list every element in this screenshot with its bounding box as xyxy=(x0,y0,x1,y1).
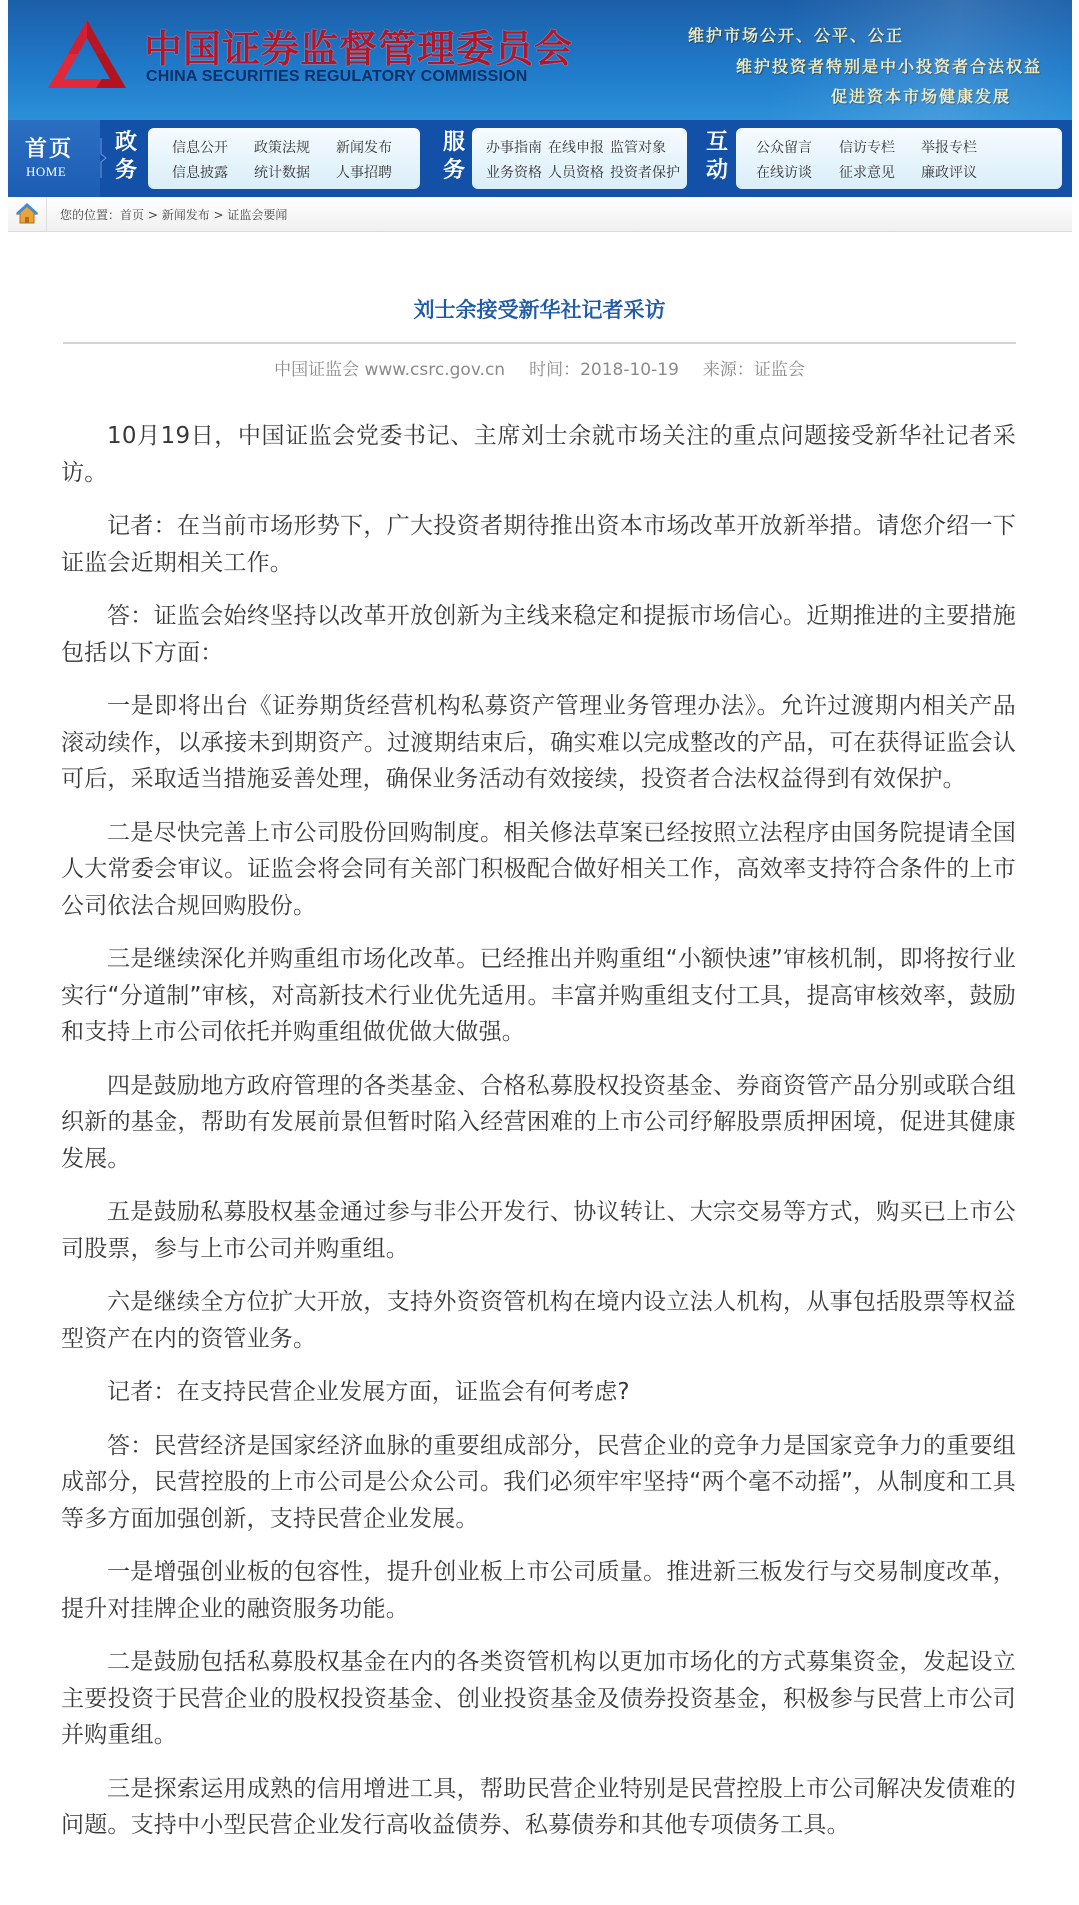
section-char-top: 互 xyxy=(702,128,732,156)
nav-link-online-interview[interactable]: 在线访谈 xyxy=(756,162,812,182)
breadcrumb-separator: > xyxy=(144,208,162,222)
nav-link-news[interactable]: 新闻发布 xyxy=(336,137,392,157)
nav-link-info-public[interactable]: 信息公开 xyxy=(172,137,228,157)
slogan-3: 促进资本市场健康发展 xyxy=(831,84,1011,107)
breadcrumb-trail: 您的位置：首页 > 新闻发布 > 证监会要闻 xyxy=(60,206,287,223)
section-char-bottom: 务 xyxy=(111,156,141,184)
paragraph: 记者：在当前市场形势下，广大投资者期待推出资本市场改革开放新举措。请您介绍一下证… xyxy=(61,508,1016,581)
paragraph: 三是探索运用成熟的信用增进工具，帮助民营企业特别是民营控股上市公司解决发债难的问… xyxy=(61,1771,1016,1844)
nav-home-button[interactable]: 首页 HOME xyxy=(8,120,100,197)
paragraph: 10月19日，中国证监会党委书记、主席刘士余就市场关注的重点问题接受新华社记者采… xyxy=(61,418,1016,491)
nav-section-label-interaction: 互 动 xyxy=(702,128,732,184)
nav-link-regulated-entities[interactable]: 监管对象 xyxy=(610,137,666,157)
breadcrumb-prefix: 您的位置： xyxy=(60,208,120,222)
meta-time: 时间：2018-10-19 xyxy=(529,360,679,380)
breadcrumb: 您的位置：首页 > 新闻发布 > 证监会要闻 xyxy=(8,197,1072,232)
nav-link-investor-protection[interactable]: 投资者保护 xyxy=(610,162,680,182)
section-char-top: 政 xyxy=(111,128,141,156)
breadcrumb-home-button[interactable] xyxy=(8,197,47,231)
home-icon xyxy=(8,197,46,231)
paragraph: 五是鼓励私募股权基金通过参与非公开发行、协议转让、大宗交易等方式，购买已上市公司… xyxy=(61,1194,1016,1267)
article-title: 刘士余接受新华社记者采访 xyxy=(0,294,1079,324)
home-label-cn: 首页 xyxy=(25,132,73,163)
paragraph: 一是即将出台《证券期货经营机构私募资产管理业务管理办法》。允许过渡期内相关产品滚… xyxy=(61,688,1016,798)
article-body: 10月19日，中国证监会党委书记、主席刘士余就市场关注的重点问题接受新华社记者采… xyxy=(61,418,1016,1861)
nav-link-solicit-opinions[interactable]: 征求意见 xyxy=(839,162,895,182)
meta-source: 来源：证监会 xyxy=(703,360,805,380)
slogan-1: 维护市场公开、公平、公正 xyxy=(688,23,904,46)
site-banner: 中国证券监督管理委员会 CHINA SECURITIES REGULATORY … xyxy=(8,0,1072,120)
title-divider xyxy=(63,342,1016,344)
paragraph: 一是增强创业板的包容性，提升创业板上市公司质量。推进新三板发行与交易制度改革，提… xyxy=(61,1554,1016,1627)
nav-section-label-service: 服 务 xyxy=(439,128,469,184)
csrc-logo-icon xyxy=(46,18,128,96)
breadcrumb-item-news[interactable]: 新闻发布 xyxy=(162,208,210,222)
breadcrumb-item-csrc-news[interactable]: 证监会要闻 xyxy=(227,208,287,222)
meta-site: 中国证监会 www.csrc.gov.cn xyxy=(274,360,505,380)
nav-link-report[interactable]: 举报专栏 xyxy=(921,137,977,157)
nav-link-integrity-review[interactable]: 廉政评议 xyxy=(921,162,977,182)
slogan-2: 维护投资者特别是中小投资者合法权益 xyxy=(736,54,1042,77)
article-meta: 中国证监会 www.csrc.gov.cn时间：2018-10-19来源：证监会 xyxy=(0,355,1079,380)
nav-link-online-filing[interactable]: 在线申报 xyxy=(548,137,604,157)
nav-box-interaction: 公众留言 信访专栏 举报专栏 在线访谈 征求意见 廉政评议 xyxy=(736,128,1062,189)
org-name-cn: 中国证券监督管理委员会 xyxy=(144,18,573,73)
nav-link-policies[interactable]: 政策法规 xyxy=(254,137,310,157)
nav-box-service: 办事指南 在线申报 监管对象 业务资格 人员资格 投资者保护 xyxy=(472,128,687,189)
chevron-right-icon xyxy=(100,138,108,178)
nav-link-recruitment[interactable]: 人事招聘 xyxy=(336,162,392,182)
home-label-en: HOME xyxy=(26,164,66,180)
main-nav: 首页 HOME 政 务 信息公开 政策法规 新闻发布 信息披露 统计数据 人事招… xyxy=(8,120,1072,197)
paragraph: 六是继续全方位扩大开放，支持外资资管机构在境内设立法人机构，从事包括股票等权益型… xyxy=(61,1284,1016,1357)
section-char-bottom: 务 xyxy=(439,156,469,184)
paragraph: 二是尽快完善上市公司股份回购制度。相关修法草案已经按照立法程序由国务院提请全国人… xyxy=(61,815,1016,925)
paragraph: 三是继续深化并购重组市场化改革。已经推出并购重组“小额快速”审核机制，即将按行业… xyxy=(61,941,1016,1051)
paragraph: 记者：在支持民营企业发展方面，证监会有何考虑? xyxy=(61,1374,1016,1411)
nav-link-petition[interactable]: 信访专栏 xyxy=(839,137,895,157)
nav-section-label-gov: 政 务 xyxy=(111,128,141,184)
breadcrumb-item-home[interactable]: 首页 xyxy=(120,208,144,222)
nav-link-disclosure[interactable]: 信息披露 xyxy=(172,162,228,182)
nav-link-guide[interactable]: 办事指南 xyxy=(486,137,542,157)
paragraph: 答：民营经济是国家经济血脉的重要组成部分，民营企业的竞争力是国家竞争力的重要组成… xyxy=(61,1428,1016,1538)
section-char-top: 服 xyxy=(439,128,469,156)
breadcrumb-separator: > xyxy=(210,208,228,222)
nav-box-gov: 信息公开 政策法规 新闻发布 信息披露 统计数据 人事招聘 xyxy=(148,128,420,189)
nav-link-statistics[interactable]: 统计数据 xyxy=(254,162,310,182)
paragraph: 二是鼓励包括私募股权基金在内的各类资管机构以更加市场化的方式募集资金，发起设立主… xyxy=(61,1644,1016,1754)
paragraph: 答：证监会始终坚持以改革开放创新为主线来稳定和提振市场信心。近期推进的主要措施包… xyxy=(61,598,1016,671)
section-char-bottom: 动 xyxy=(702,156,732,184)
paragraph: 四是鼓励地方政府管理的各类基金、合格私募股权投资基金、券商资管产品分别或联合组织… xyxy=(61,1068,1016,1178)
nav-link-public-message[interactable]: 公众留言 xyxy=(756,137,812,157)
nav-link-personnel-qualification[interactable]: 人员资格 xyxy=(548,162,604,182)
nav-link-business-qualification[interactable]: 业务资格 xyxy=(486,162,542,182)
org-name-en: CHINA SECURITIES REGULATORY COMMISSION xyxy=(146,68,528,86)
